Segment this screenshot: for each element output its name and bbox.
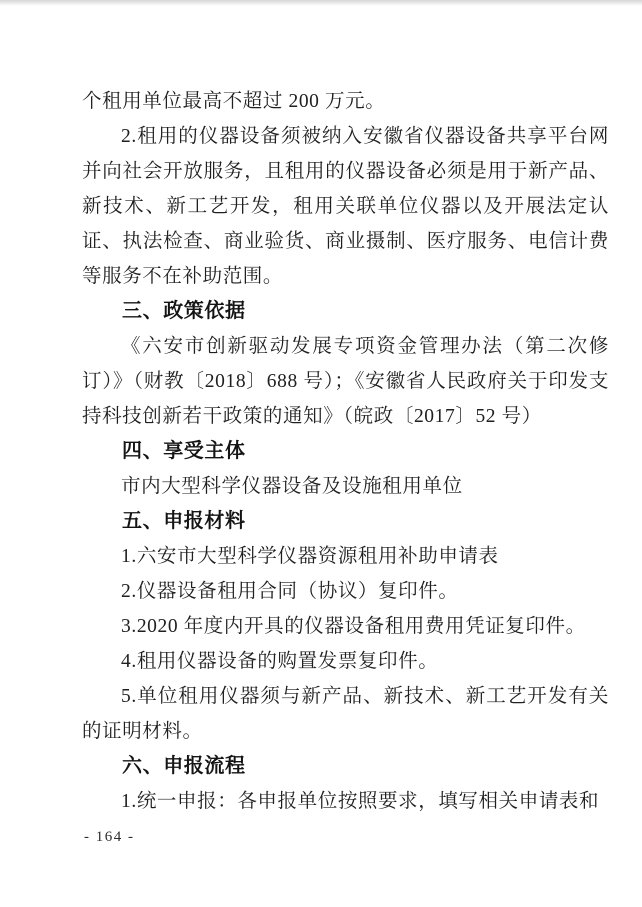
scan-edge-artifact <box>0 0 642 6</box>
paragraph-rental-requirements: 2.租用的仪器设备须被纳入安徽省仪器设备共享平台网并向社会开放服务，且租用的仪器… <box>82 119 609 294</box>
page-number: - 164 - <box>84 829 135 846</box>
section-heading-application-materials: 五、申报材料 <box>82 504 609 539</box>
material-item-purchase-invoice: 4.租用仪器设备的购置发票复印件。 <box>82 644 609 679</box>
material-item-rental-contract: 2.仪器设备租用合同（协议）复印件。 <box>82 574 609 609</box>
section-heading-policy-basis: 三、政策依据 <box>82 294 609 329</box>
document-body: 个租用单位最高不超过 200 万元。 2.租用的仪器设备须被纳入安徽省仪器设备共… <box>82 84 609 819</box>
material-item-proof-of-rd-relevance: 5.单位租用仪器须与新产品、新技术、新工艺开发有关的证明材料。 <box>82 679 609 749</box>
material-item-fee-voucher: 3.2020 年度内开具的仪器设备租用费用凭证复印件。 <box>82 609 609 644</box>
paragraph-beneficiaries: 市内大型科学仪器设备及设施租用单位 <box>82 469 609 504</box>
paragraph-policy-documents: 《六安市创新驱动发展专项资金管理办法（第二次修订）》（财教〔2018〕688 号… <box>82 329 609 434</box>
paragraph-continuation-subsidy-cap: 个租用单位最高不超过 200 万元。 <box>82 84 609 119</box>
section-heading-beneficiaries: 四、享受主体 <box>82 434 609 469</box>
document-page: 个租用单位最高不超过 200 万元。 2.租用的仪器设备须被纳入安徽省仪器设备共… <box>0 0 642 907</box>
material-item-application-form: 1.六安市大型科学仪器资源租用补助申请表 <box>82 539 609 574</box>
paragraph-unified-application: 1.统一申报：各申报单位按照要求，填写相关申请表和 <box>82 784 609 819</box>
section-heading-application-process: 六、申报流程 <box>82 749 609 784</box>
